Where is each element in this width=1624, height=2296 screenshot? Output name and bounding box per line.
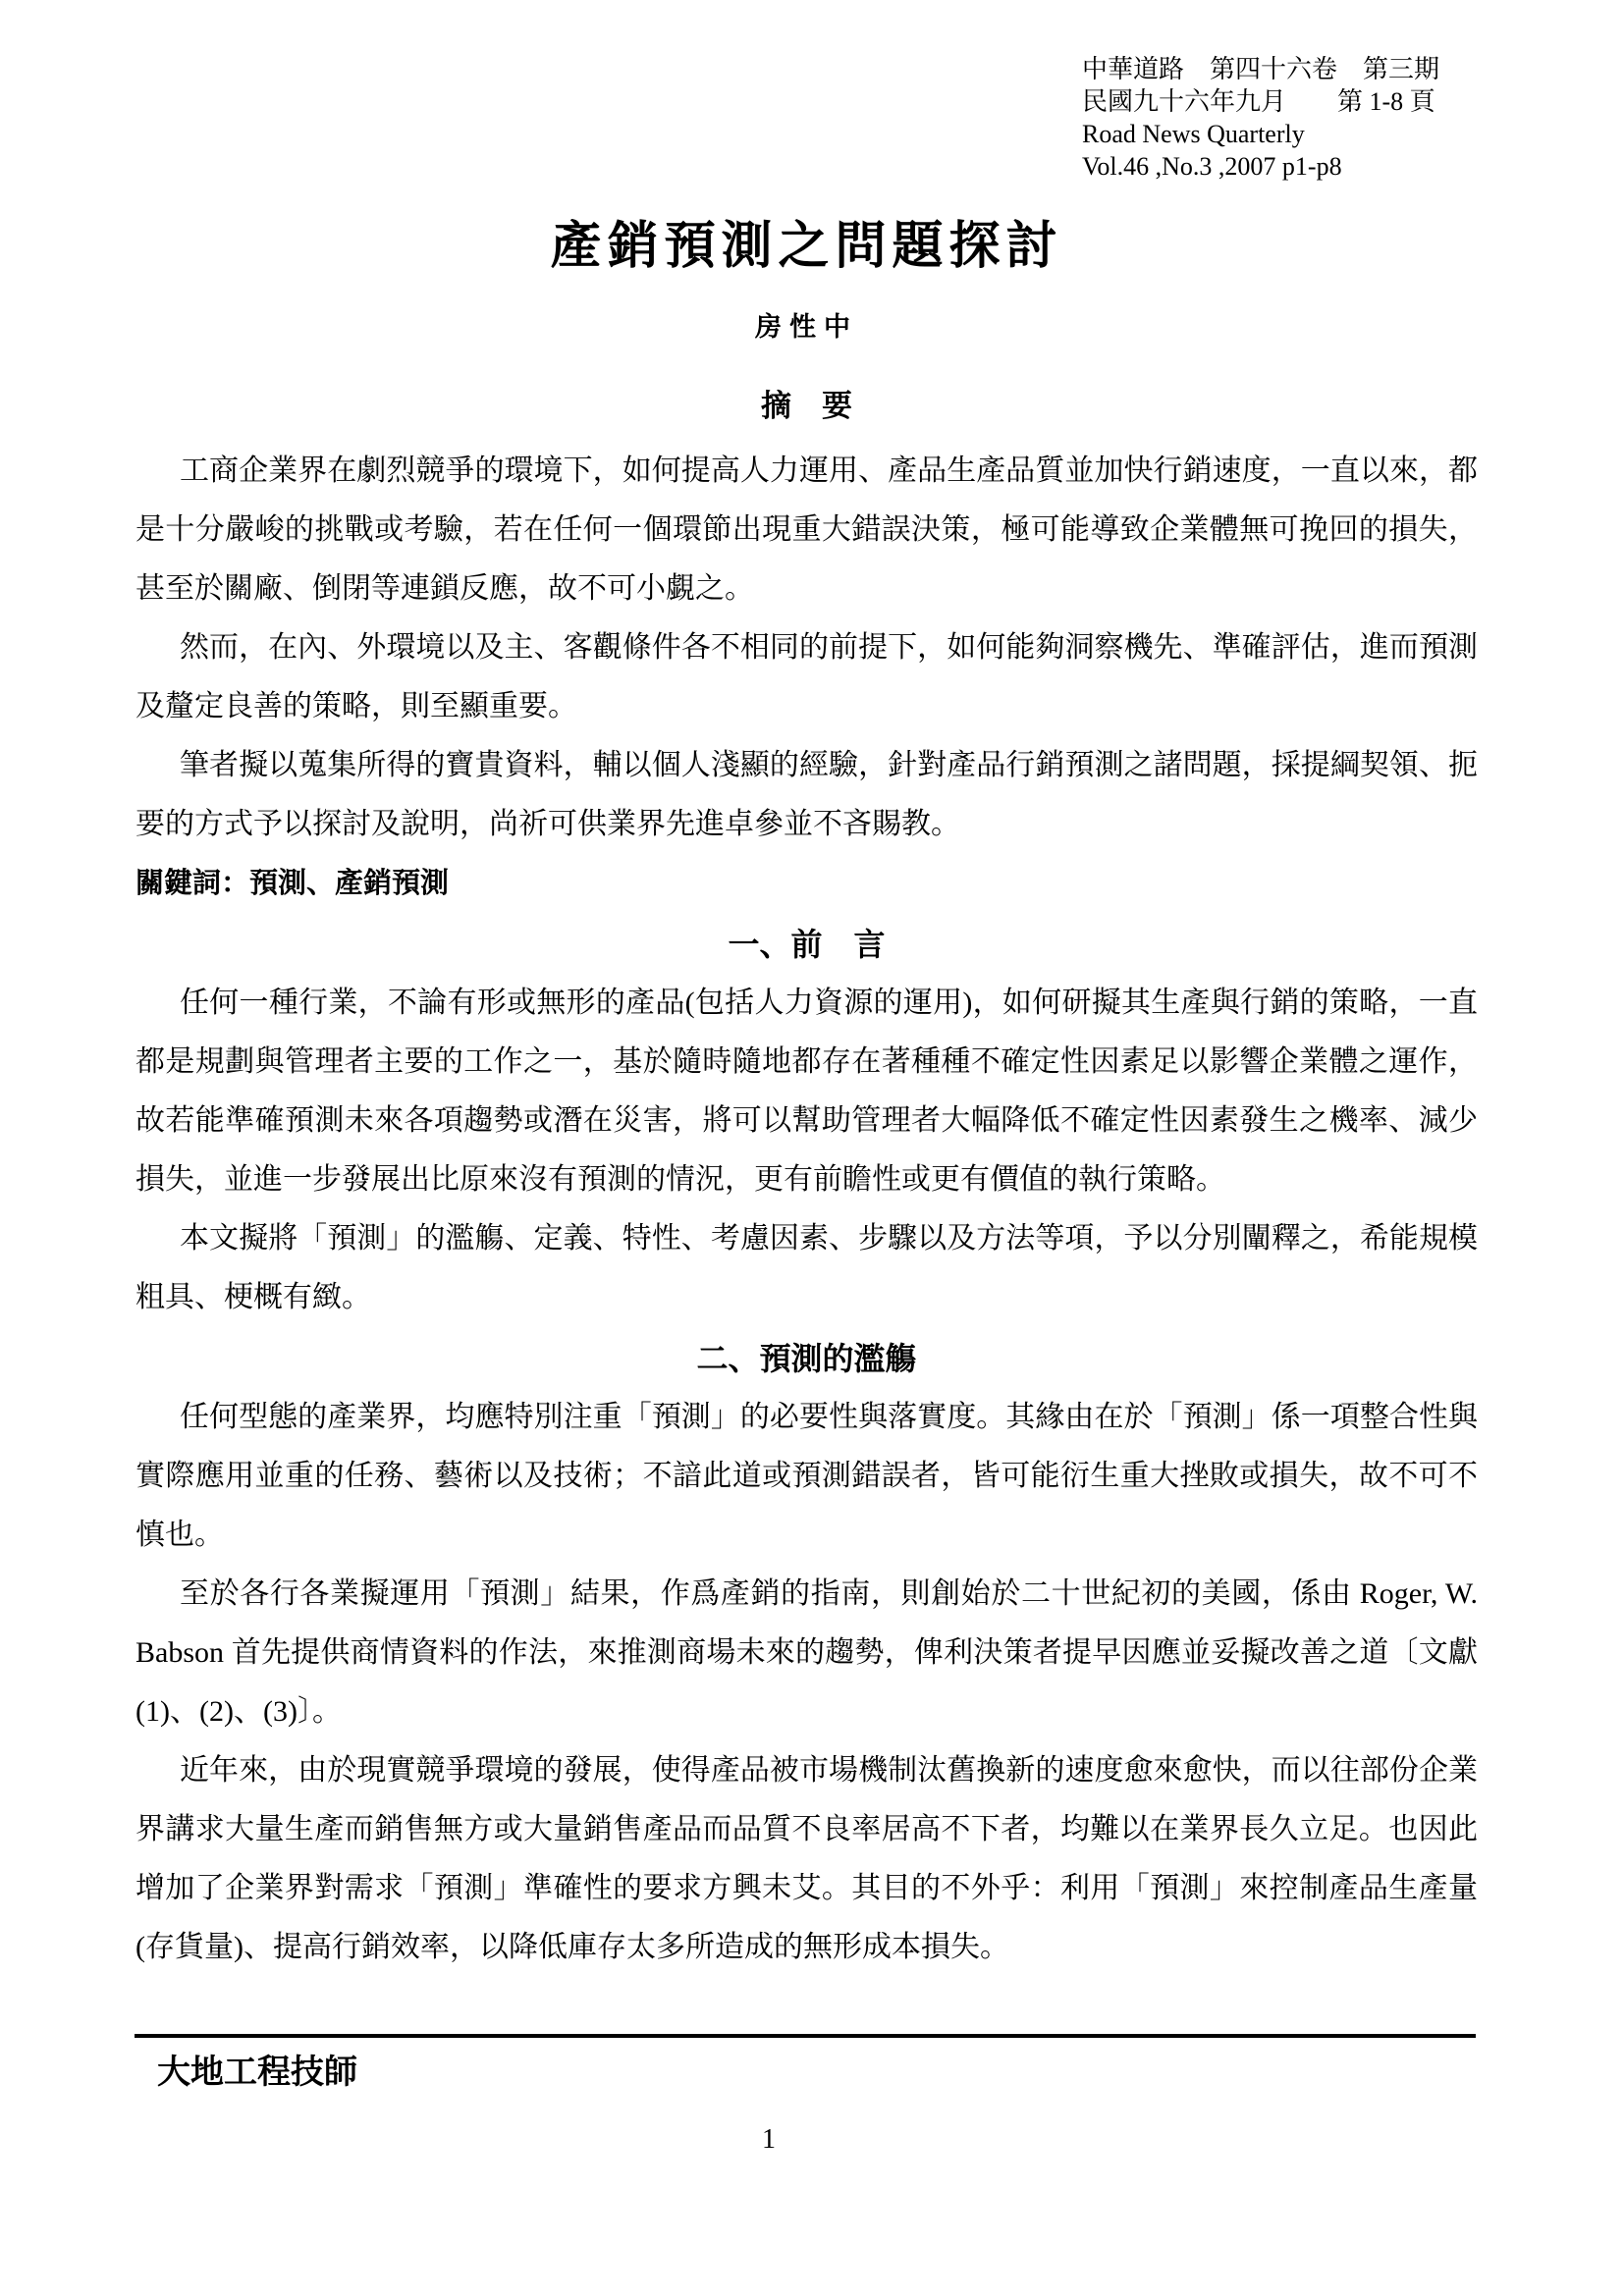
section-heading-introduction: 一、前 言: [135, 921, 1478, 968]
body-paragraph: 至於各行各業擬運用「預測」結果，作爲產銷的指南，則創始於二十世紀初的美國，係由 …: [135, 1565, 1478, 1741]
author-name: 房性中: [135, 310, 1478, 344]
footer-divider: [135, 2034, 1476, 2038]
footer-label: 大地工程技師: [157, 2052, 357, 2093]
body-paragraph: 任何型態的產業界，均應特別注重「預測」的必要性與落實度。其緣由在於「預測」係一項…: [135, 1388, 1478, 1565]
page-title: 產銷預測之問題探討: [135, 218, 1478, 277]
abstract-heading: 摘 要: [135, 387, 1478, 426]
abstract-paragraph: 筆者擬以蒐集所得的寶貴資料，輔以個人淺顯的經驗，針對產品行銷預測之諸問題，採提綱…: [135, 736, 1478, 854]
keywords-line: 關鍵詞：預測、產銷預測: [135, 854, 1478, 913]
abstract-paragraph: 然而，在內、外環境以及主、客觀條件各不相同的前提下，如何能夠洞察機先、準確評估，…: [135, 618, 1478, 736]
abstract-paragraph: 工商企業界在劇烈競爭的環境下，如何提高人力運用、產品生產品質並加快行銷速度，一直…: [135, 442, 1478, 618]
article-body: 產銷預測之問題探討 房性中 摘 要 工商企業界在劇烈競爭的環境下，如何提高人力運…: [135, 0, 1478, 1977]
body-paragraph: 任何一種行業，不論有形或無形的產品(包括人力資源的運用)，如何研擬其生產與行銷的…: [135, 974, 1478, 1209]
document-page: 中華道路 第四十六卷 第三期 民國九十六年九月 第 1-8 頁 Road New…: [0, 0, 1624, 2296]
body-paragraph: 近年來，由於現實競爭環境的發展，使得產品被市場機制汰舊換新的速度愈來愈快，而以往…: [135, 1741, 1478, 1977]
section-heading-origin-of-forecasting: 二、預測的濫觴: [135, 1335, 1478, 1382]
page-number: 1: [135, 2122, 1402, 2158]
body-paragraph: 本文擬將「預測」的濫觴、定義、特性、考慮因素、步驟以及方法等項，予以分別闡釋之，…: [135, 1209, 1478, 1327]
